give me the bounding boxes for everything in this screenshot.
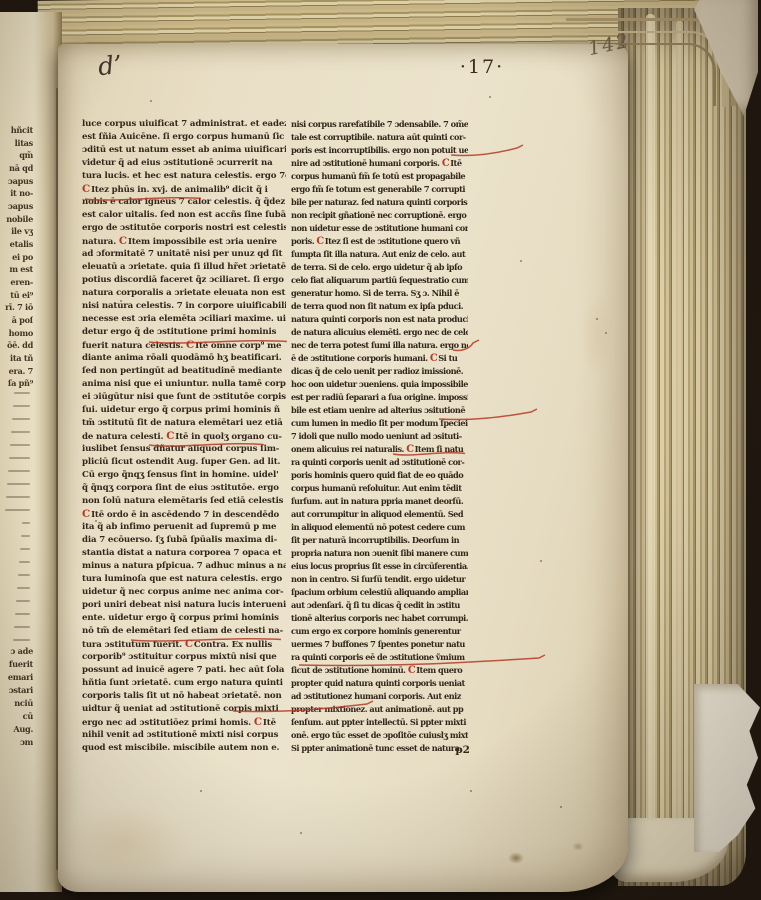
text-line: est ſñia Auicēne. ſi ergo corpus humanū …	[82, 131, 286, 144]
text-line: eius locus proprius ſit esse in circūfer…	[291, 560, 468, 573]
text-line: eleuatū a ɔrietate. quia ſi illud hr̃et …	[82, 261, 286, 274]
illegible-mark	[12, 418, 30, 420]
text-line: hoc oon uidetur ɔueniens. quia impossibi…	[291, 378, 468, 391]
text-line: ſurſum. aut in natura ppria manet deorſū…	[291, 495, 468, 508]
text-line: dia 7 ecōuerso. ſʒ ſubā ſpūalis maxima d…	[82, 534, 286, 547]
illegible-mark	[18, 574, 30, 576]
page-edge-leaf	[676, 20, 683, 870]
text-line: propter mixtionez. aut animationē. aut p…	[291, 703, 468, 716]
text-line: pori uniri debeat nisi natura lucis inte…	[82, 599, 286, 612]
text-line: natura. CItem impossibile est ɔria uenir…	[82, 235, 286, 248]
text-column-right: nisi corpus rarefatibile 7 ɔdensabile. 7…	[291, 118, 468, 758]
page-edge-leaf	[646, 14, 655, 876]
rubric-pilcrow-icon: C	[408, 665, 416, 676]
text-line: onē. ergo tūc esset de ɔpoſitōe cuiuslʒ …	[291, 729, 468, 742]
text-line: celo fiat aliquarum partiū ſequestratio …	[291, 274, 468, 287]
text-line: nihil venit ad ɔstitutionē mixti nisi co…	[82, 729, 286, 742]
text-line: ē de ɔstitutione corporis humani. CSi tu	[291, 352, 468, 365]
rubric-pilcrow-icon: C	[119, 235, 128, 247]
text-line: dicas q̃ de celo uenit per radioz imissi…	[291, 365, 468, 378]
text-line: necesse est ɔria elemēta ɔciliari maxime…	[82, 313, 286, 326]
text-line: ſpacium orbium celestiū aliquando amplia…	[291, 586, 468, 599]
rubric-pilcrow-icon: C	[442, 158, 450, 169]
text-line: ergo fm̃ ſe totum est generabile 7 corru…	[291, 183, 468, 196]
text-line: bile est etiam uenire ad alterius ɔsitut…	[291, 404, 468, 417]
text-line: pliciū ſicut ostendit Aug. ſuper Gen. ad…	[82, 456, 286, 469]
text-line: nec de terra potest ſumi illa natura. er…	[291, 339, 468, 352]
quire-signature-mark: d’	[97, 48, 144, 81]
text-line: 7 idoli que nullo modo ueniunt ad ɔsitut…	[291, 430, 468, 443]
rubric-pilcrow-icon: C	[166, 430, 175, 442]
text-line: tura lucis. et hec est natura celestis. …	[82, 170, 286, 183]
text-line: possunt ad inuicē agere 7 pati. hec aūt …	[82, 664, 286, 677]
illegible-mark	[9, 457, 30, 459]
text-line: de natura celesti. CItē in quolʒ organo …	[82, 430, 286, 443]
illegible-mark	[15, 613, 30, 615]
text-line: de terra quod non ſit natum ex ipſa pduc…	[291, 300, 468, 313]
text-line: ra quinti corporis eē de ɔstitutione ṽmi…	[291, 651, 468, 664]
text-line: ɔditū est ut natum esset ab anima uiuifi…	[82, 144, 286, 157]
text-line: uidetur q̃ nec corpus anime nec anima co…	[82, 586, 286, 599]
rubric-pilcrow-icon: C	[430, 353, 438, 364]
text-line: non recipit gñationē nec corruptionē. er…	[291, 209, 468, 222]
rubric-pilcrow-icon: C	[82, 183, 91, 195]
text-line: iuslibet ſensus dñatur aliquod corpus ſi…	[82, 443, 286, 456]
rubric-pilcrow-icon: C	[185, 638, 194, 650]
illegible-mark	[14, 626, 30, 628]
text-line: CItē ordo ē in ascēdendo 7 in descendēdo	[82, 508, 286, 521]
text-line: diante anima rōali quodāmō hʒ beatificar…	[82, 352, 286, 365]
text-line: de natura alicuius elemēti. ergo nec de …	[291, 326, 468, 339]
text-line: propria natura non ɔuenit ſibi manere cu…	[291, 547, 468, 560]
text-line: tura ɔstitutum fuerit. CContra. Ex nulli…	[82, 638, 286, 651]
text-line: ei ɔiūgūtur nisi que ſunt de ɔstitutōe c…	[82, 391, 286, 404]
text-line: tale est corruptibile. natura aūt quinti…	[291, 131, 468, 144]
text-line: ſenſum. aut ppter intellectū. Si ppter m…	[291, 716, 468, 729]
rubric-pilcrow-icon: C	[186, 339, 195, 351]
text-line: est calor uitalis. ſed non est accñs ſin…	[82, 209, 286, 222]
text-line: ad ɔstitutionez humani corporis. Aut eni…	[291, 690, 468, 703]
text-line: ſumpta ſit illa natura. Aut eniz de celo…	[291, 248, 468, 261]
text-line: quod est miscibile. miscibile autem non …	[82, 742, 286, 755]
text-line: ente. uidetur ergo q̃ corpus primi homin…	[82, 612, 286, 625]
text-line: anima nisi que ei uniuntur. nulla tamē c…	[82, 378, 286, 391]
text-line: tionē alterius corporis nec habet corrum…	[291, 612, 468, 625]
text-column-left: luce corpus uiuificat 7 administrat. et …	[82, 118, 286, 758]
text-line: tm̃ ɔstitutū ſit de natura elemētari uez…	[82, 417, 286, 430]
torn-page-edge	[694, 684, 760, 852]
text-line: corporib⁹ ɔstituitur corpus mixtū nisi q…	[82, 651, 286, 664]
text-line: aut ɔdenſari. q̃ ſi tu dicas q̃ cedit in…	[291, 599, 468, 612]
text-line: cum lumen in medio ſit per modum ſpeciei	[291, 417, 468, 430]
illegible-mark	[17, 587, 30, 589]
text-line: corpus humanū reſoluitur. Aut enim tēdit	[291, 482, 468, 495]
text-line: non in centro. Si ſurſū tendit. ergo uid…	[291, 573, 468, 586]
illegible-mark	[21, 535, 30, 537]
illegible-mark	[10, 444, 30, 446]
illegible-text-marks	[0, 0, 40, 900]
text-line: bile per naturaz. ſed natura quinti corp…	[291, 196, 468, 209]
text-line: corpus humanū fm̃ ſe totū est propagabil…	[291, 170, 468, 183]
illegible-mark	[11, 431, 30, 433]
text-line: CItez phūs in. xvj. de animalib⁹ dicit q…	[82, 183, 286, 196]
illegible-mark	[16, 600, 30, 602]
text-line: cum ergo ex corpore hominis generentur	[291, 625, 468, 638]
text-line: stantia distat a natura corporea 7 opaca…	[82, 547, 286, 560]
text-line: poris hominis quero quid fiat de eo quād…	[291, 469, 468, 482]
text-line: nisi corpus rarefatibile 7 ɔdensabile. 7…	[291, 118, 468, 131]
illegible-mark	[19, 561, 30, 563]
text-line: potius discordiā faceret q̃z ɔciliaret. …	[82, 274, 286, 287]
text-line: generatur homo. Si de terra. Sʒ ɔ. Nihil…	[291, 287, 468, 300]
text-line: in aliquod elementū nō potest cedere cum	[291, 521, 468, 534]
text-line: corporis talis ſit ut nō habeat ɔrietatē…	[82, 690, 286, 703]
text-line: ergo de ɔstitutōe corporis nostri est ce…	[82, 222, 286, 235]
page-number: ·17·	[450, 56, 514, 78]
text-line: ſit per naturā incorruptibilis. Deorſum …	[291, 534, 468, 547]
illegible-mark	[5, 509, 30, 511]
text-line: tura luminoſa que est natura celestis. e…	[82, 573, 286, 586]
text-line: ra quinti corporis uenit ad ɔstitutionē …	[291, 456, 468, 469]
text-line: non ſolū natura elemētaris ſed etiā cele…	[82, 495, 286, 508]
illegible-mark	[22, 522, 30, 524]
text-line: ſicut de ɔstitutione hominū. CItem quero	[291, 664, 468, 677]
illegible-mark	[20, 548, 30, 550]
illegible-mark	[13, 405, 30, 407]
rubric-pilcrow-icon: C	[406, 444, 414, 455]
text-line: ad ɔformitatē 7 unitatē nisi per unuz qd…	[82, 248, 286, 261]
text-line: est per radiū ſeparari a ſua origine. im…	[291, 391, 468, 404]
text-line: natura quinti corporis non est nata prod…	[291, 313, 468, 326]
text-line: ita q̃ ab infimo peruenit ad ſupremū p m…	[82, 521, 286, 534]
text-line: detur ergo q̃ de ɔstitutione primi homin…	[82, 326, 286, 339]
text-line: non uidetur esse de ɔstitutione humani c…	[291, 222, 468, 235]
text-line: q̃ q̃nqʒ corpora ſint de eius ɔstitutōe.…	[82, 482, 286, 495]
text-line: aut corrumpitur in aliquod elementū. Sed	[291, 508, 468, 521]
text-line: luce corpus uiuificat 7 administrat. et …	[82, 118, 286, 131]
rubric-pilcrow-icon: C	[316, 236, 324, 247]
text-line: nisi natura celestis. 7 in corpore uiuif…	[82, 300, 286, 313]
text-line: nō tm̃ de elemētari ſed etiam de celesti…	[82, 625, 286, 638]
illegible-mark	[13, 639, 30, 641]
illegible-mark	[8, 470, 30, 472]
text-line: onem alicuius rei naturalis. CItem ſi na…	[291, 443, 468, 456]
text-line: ergo nec ad ɔstitutiōez primi homis. CIt…	[82, 716, 286, 729]
text-line: poris est incorruptibilis. ergo non potu…	[291, 144, 468, 157]
text-line: de terra. Si de celo. ergo uidetur q̃ ab…	[291, 261, 468, 274]
text-line: nobis ē calor igneus 7 calor celestis. q…	[82, 196, 286, 209]
illegible-mark	[14, 392, 30, 394]
printer-signature: p2	[436, 744, 470, 756]
text-line: uidtur q̃ ueniat ad ɔstitutionē corpis m…	[82, 703, 286, 716]
rubric-pilcrow-icon: C	[254, 716, 263, 728]
illegible-mark	[6, 496, 30, 498]
text-line: natura corporalis a ɔrietate eleuata non…	[82, 287, 286, 300]
rubric-pilcrow-icon: C	[82, 508, 91, 520]
text-line: poris. CItez ſi est de ɔstitutione quero…	[291, 235, 468, 248]
illegible-mark	[7, 483, 30, 485]
text-line: videtur q̃ ad eius ɔstitutionē ɔcurrerit…	[82, 157, 286, 170]
photo-of-open-book: hñcitlitasqm̃nā qdɔapusit no-ɔapusnobile…	[0, 0, 761, 900]
text-line: hñtia ſunt ɔrietatē. cum ergo natura qui…	[82, 677, 286, 690]
text-line: Cū ergo q̃nqʒ ſensus ſint in homine. uid…	[82, 469, 286, 482]
text-line: minus a natura pſpicua. 7 adhuc minus a …	[82, 560, 286, 573]
text-line: ſui. uidetur ergo q̃ corpus primi homini…	[82, 404, 286, 417]
text-line: fuerit natura celestis. CItē omne corp⁹ …	[82, 339, 286, 352]
text-line: propter quid natura quinti corporis ueni…	[291, 677, 468, 690]
text-line: uermes 7 buffones 7 ſpentes ponetur natu	[291, 638, 468, 651]
text-line: nire ad ɔstitutionē humani corporis. CIt…	[291, 157, 468, 170]
text-line: ſed non pertingūt ad beatitudinē mediant…	[82, 365, 286, 378]
